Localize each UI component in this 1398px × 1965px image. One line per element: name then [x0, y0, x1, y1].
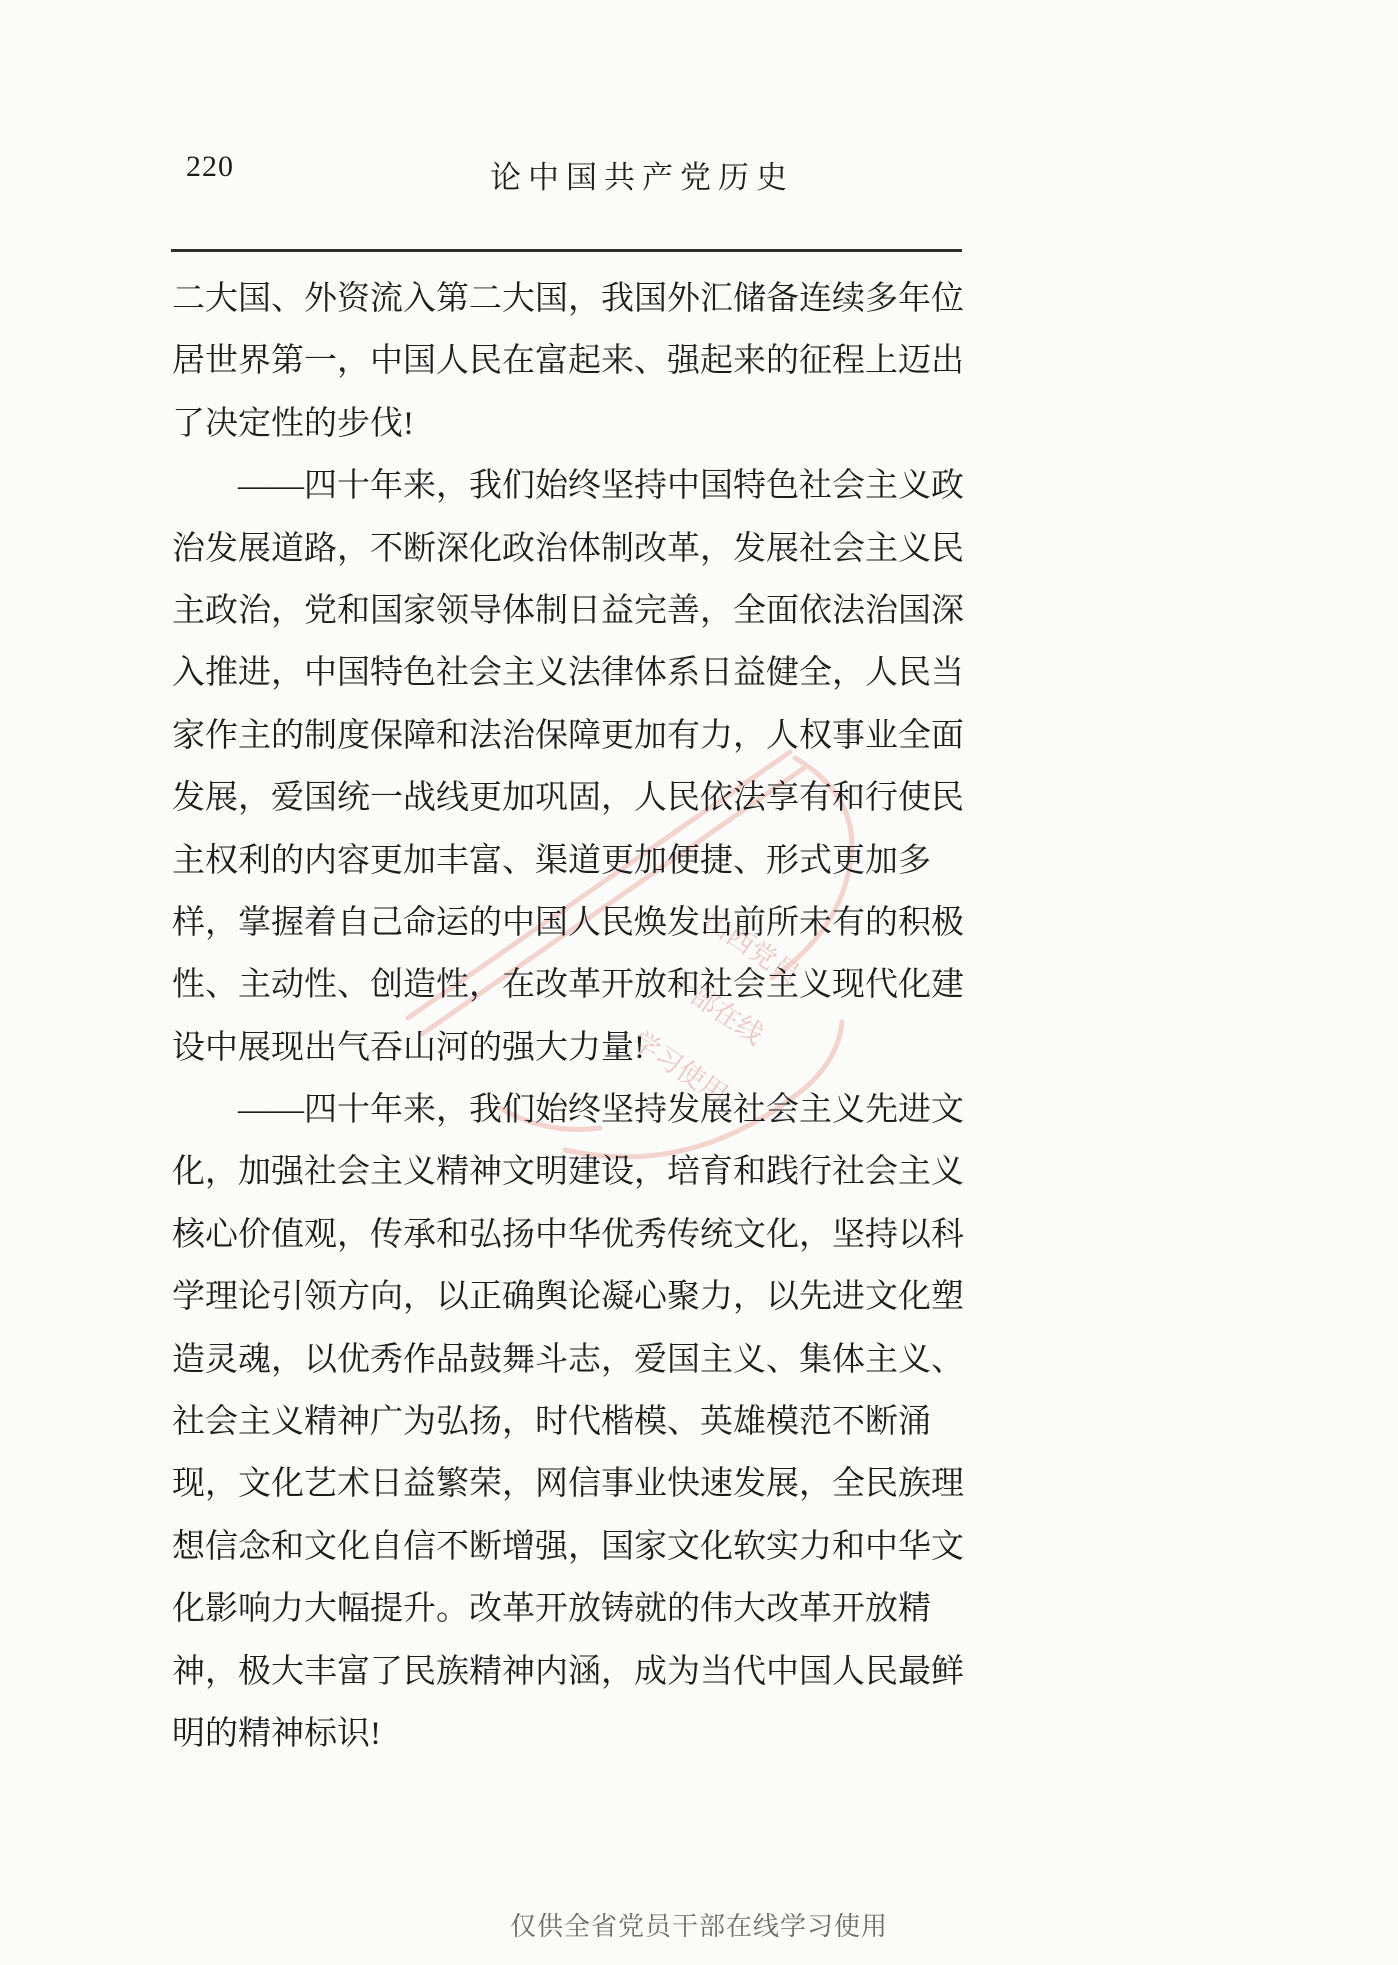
- page-number: 220: [186, 150, 234, 184]
- body-line: 居世界第一，中国人民在富起来、强起来的征程上迈出: [172, 330, 992, 392]
- body-line: ——四十年来，我们始终坚持中国特色社会主义政: [172, 455, 992, 517]
- body-line: ——四十年来，我们始终坚持发展社会主义先进文: [172, 1079, 992, 1141]
- body-line: 学理论引领方向，以正确舆论凝心聚力，以先进文化塑: [172, 1266, 992, 1328]
- book-title: 论中国共产党历史: [466, 152, 818, 197]
- body-line: 想信念和文化自信不断增强，国家文化软实力和中华文: [172, 1516, 992, 1578]
- body-line: 核心价值观，传承和弘扬中华优秀传统文化，坚持以科: [172, 1204, 992, 1266]
- body-text: 二大国、外资流入第二大国，我国外汇储备连续多年位 居世界第一，中国人民在富起来、…: [172, 268, 992, 1765]
- body-line: 家作主的制度保障和法治保障更加有力，人权事业全面: [172, 705, 992, 767]
- body-line: 化影响力大幅提升。改革开放铸就的伟大改革开放精: [172, 1578, 992, 1640]
- body-line: 神，极大丰富了民族精神内涵，成为当代中国人民最鲜: [172, 1641, 992, 1703]
- book-page: 220 论中国共产党历史 山西党员 干部在线 学习使用 二大国、外资流入第二大国…: [0, 0, 1398, 1965]
- body-line: 治发展道路，不断深化政治体制改革，发展社会主义民: [172, 518, 992, 580]
- body-line: 设中展现出气吞山河的强大力量!: [172, 1017, 992, 1079]
- body-line: 样，掌握着自己命运的中国人民焕发出前所未有的积极: [172, 892, 992, 954]
- body-line: 造灵魂，以优秀作品鼓舞斗志，爱国主义、集体主义、: [172, 1329, 992, 1391]
- body-line: 化，加强社会主义精神文明建设，培育和践行社会主义: [172, 1141, 992, 1203]
- body-line: 入推进，中国特色社会主义法律体系日益健全，人民当: [172, 642, 992, 704]
- body-line: 主政治，党和国家领导体制日益完善，全面依法治国深: [172, 580, 992, 642]
- body-line: 了决定性的步伐!: [172, 393, 992, 455]
- body-line: 发展，爱国统一战线更加巩固，人民依法享有和行使民: [172, 767, 992, 829]
- body-line: 明的精神标识!: [172, 1703, 992, 1765]
- footer-notice: 仅供全省党员干部在线学习使用: [0, 1906, 1398, 1943]
- body-line: 二大国、外资流入第二大国，我国外汇储备连续多年位: [172, 268, 992, 330]
- body-line: 现，文化艺术日益繁荣，网信事业快速发展，全民族理: [172, 1453, 992, 1515]
- body-line: 性、主动性、创造性，在改革开放和社会主义现代化建: [172, 954, 992, 1016]
- header-rule: [171, 249, 962, 252]
- body-line: 主权利的内容更加丰富、渠道更加便捷、形式更加多: [172, 830, 992, 892]
- body-line: 社会主义精神广为弘扬，时代楷模、英雄模范不断涌: [172, 1391, 992, 1453]
